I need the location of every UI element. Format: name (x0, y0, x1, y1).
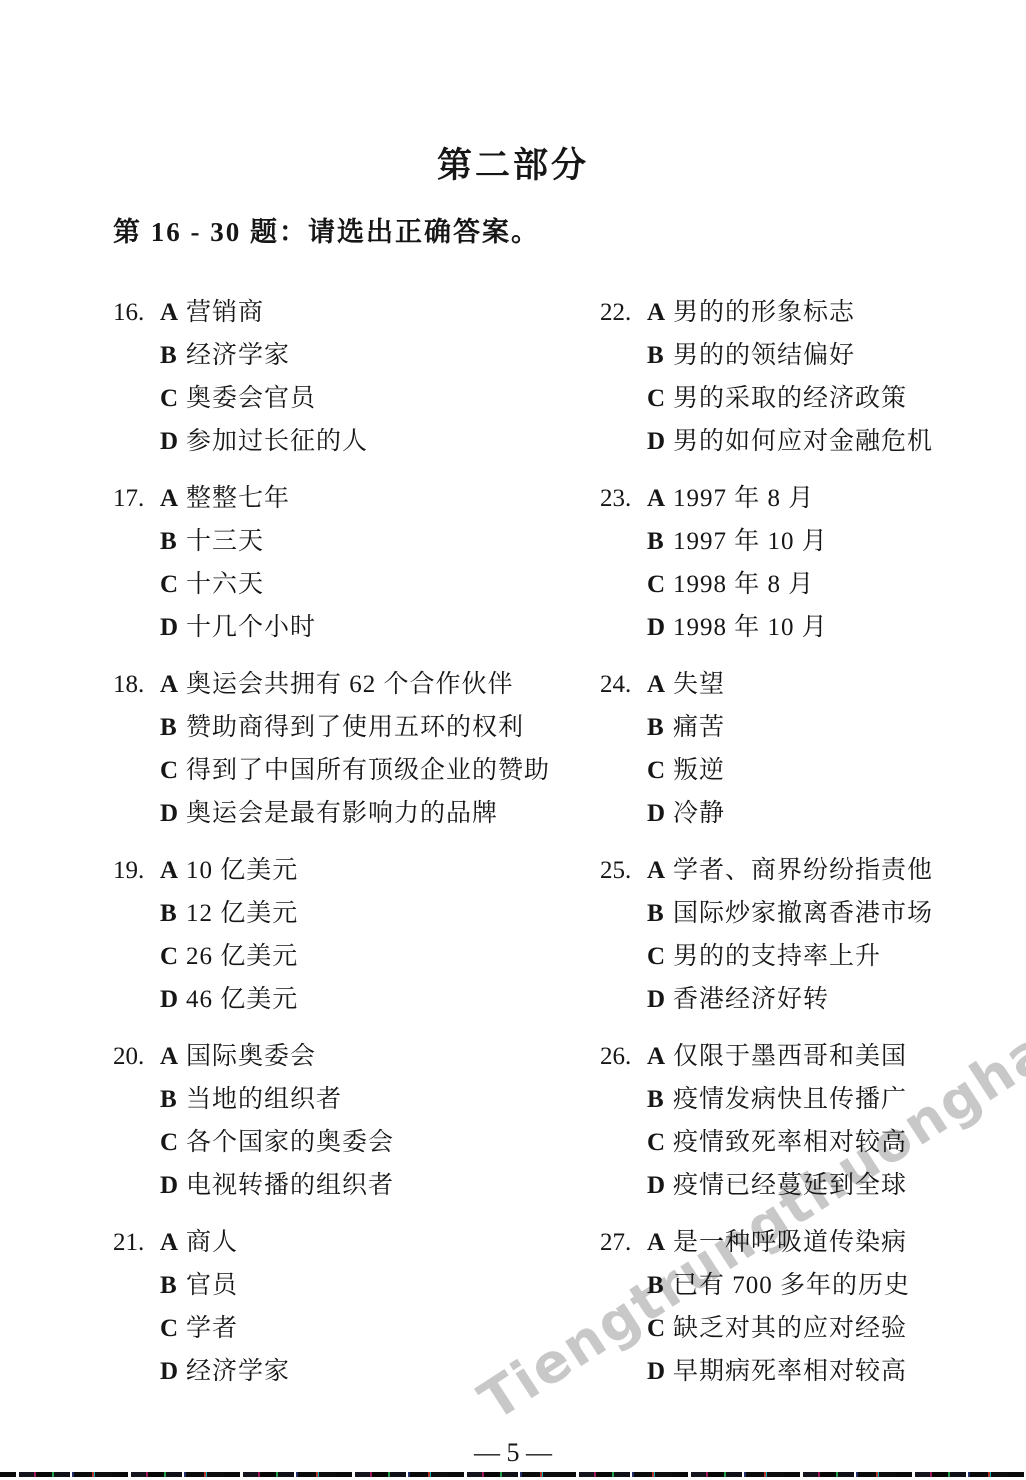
option-text: 男的的支持率上升 (673, 935, 881, 978)
option-label: A (647, 849, 673, 892)
option-label: C (647, 749, 673, 792)
option-text: 已有 700 多年的历史 (673, 1264, 910, 1307)
option-text: 商人 (186, 1221, 238, 1264)
option-text: 整整七年 (186, 477, 290, 520)
option-row: B疫情发病快且传播广 (647, 1078, 1026, 1121)
option-text: 奥运会共拥有 62 个合作伙伴 (186, 663, 514, 706)
option-text: 缺乏对其的应对经验 (673, 1307, 907, 1350)
question-number: 18. (113, 663, 160, 835)
option-label: D (160, 1164, 186, 1207)
option-row: B12 亿美元 (160, 892, 600, 935)
option-label: D (647, 978, 673, 1021)
option-row: A仅限于墨西哥和美国 (647, 1035, 1026, 1078)
option-row: B男的的领结偏好 (647, 334, 1026, 377)
option-label: A (647, 477, 673, 520)
option-text: 赞助商得到了使用五环的权利 (186, 706, 524, 749)
option-row: B已有 700 多年的历史 (647, 1264, 1026, 1307)
option-row: A整整七年 (160, 477, 600, 520)
option-label: D (647, 1164, 673, 1207)
option-label: C (160, 749, 186, 792)
option-label: D (647, 1350, 673, 1393)
option-text: 十三天 (186, 520, 264, 563)
option-text: 男的如何应对金融危机 (673, 420, 933, 463)
question-24: 24. A失望 B痛苦 C叛逆 D冷静 (600, 663, 1026, 835)
option-row: A失望 (647, 663, 1026, 706)
option-label: D (647, 420, 673, 463)
option-text: 26 亿美元 (186, 935, 298, 978)
option-label: B (647, 1264, 673, 1307)
option-label: B (647, 706, 673, 749)
option-row: A商人 (160, 1221, 600, 1264)
option-label: A (160, 1035, 186, 1078)
right-column: 22. A男的的形象标志 B男的的领结偏好 C男的采取的经济政策 D男的如何应对… (600, 291, 1026, 1407)
option-row: D疫情已经蔓延到全球 (647, 1164, 1026, 1207)
question-26: 26. A仅限于墨西哥和美国 B疫情发病快且传播广 C疫情致死率相对较高 D疫情… (600, 1035, 1026, 1207)
option-label: B (160, 1078, 186, 1121)
option-row: A奥运会共拥有 62 个合作伙伴 (160, 663, 600, 706)
option-row: D电视转播的组织者 (160, 1164, 600, 1207)
option-text: 男的的领结偏好 (673, 334, 855, 377)
option-label: B (160, 892, 186, 935)
option-row: D46 亿美元 (160, 978, 600, 1021)
option-row: C1998 年 8 月 (647, 563, 1026, 606)
question-22: 22. A男的的形象标志 B男的的领结偏好 C男的采取的经济政策 D男的如何应对… (600, 291, 1026, 463)
scanned-exam-page: Tiengtrungthuonghai.vn 第二部分 第 16 - 30 题：… (0, 0, 1026, 1480)
option-row: C各个国家的奥委会 (160, 1121, 600, 1164)
option-text: 奥运会是最有影响力的品牌 (186, 792, 498, 835)
option-label: C (160, 935, 186, 978)
option-label: A (647, 1221, 673, 1264)
option-label: C (647, 1121, 673, 1164)
option-label: A (647, 1035, 673, 1078)
options: A失望 B痛苦 C叛逆 D冷静 (647, 663, 1026, 835)
option-text: 疫情已经蔓延到全球 (673, 1164, 907, 1207)
option-text: 12 亿美元 (186, 892, 298, 935)
option-row: C疫情致死率相对较高 (647, 1121, 1026, 1164)
question-number: 22. (600, 291, 647, 463)
option-text: 早期病死率相对较高 (673, 1350, 907, 1393)
question-17: 17. A整整七年 B十三天 C十六天 D十几个小时 (113, 477, 600, 649)
option-label: C (160, 563, 186, 606)
option-text: 参加过长征的人 (186, 420, 368, 463)
option-row: B官员 (160, 1264, 600, 1307)
option-text: 1998 年 10 月 (673, 606, 828, 649)
option-label: C (160, 377, 186, 420)
option-label: B (160, 706, 186, 749)
question-columns: 16. A营销商 B经济学家 C奥委会官员 D参加过长征的人 17. A整整七年… (113, 291, 1026, 1407)
options: A男的的形象标志 B男的的领结偏好 C男的采取的经济政策 D男的如何应对金融危机 (647, 291, 1026, 463)
option-text: 学者、商界纷纷指责他 (673, 849, 933, 892)
option-row: B1997 年 10 月 (647, 520, 1026, 563)
option-label: A (160, 849, 186, 892)
question-number: 23. (600, 477, 647, 649)
option-row: C学者 (160, 1307, 600, 1350)
option-text: 46 亿美元 (186, 978, 298, 1021)
option-text: 十六天 (186, 563, 264, 606)
option-label: A (160, 1221, 186, 1264)
option-text: 男的的形象标志 (673, 291, 855, 334)
option-label: C (160, 1121, 186, 1164)
option-row: D冷静 (647, 792, 1026, 835)
option-label: D (160, 1350, 186, 1393)
option-text: 奥委会官员 (186, 377, 316, 420)
option-row: A国际奥委会 (160, 1035, 600, 1078)
option-text: 学者 (186, 1307, 238, 1350)
option-row: A学者、商界纷纷指责他 (647, 849, 1026, 892)
question-number: 21. (113, 1221, 160, 1393)
options: A奥运会共拥有 62 个合作伙伴 B赞助商得到了使用五环的权利 C得到了中国所有… (160, 663, 600, 835)
option-text: 痛苦 (673, 706, 725, 749)
option-row: D奥运会是最有影响力的品牌 (160, 792, 600, 835)
question-20: 20. A国际奥委会 B当地的组织者 C各个国家的奥委会 D电视转播的组织者 (113, 1035, 600, 1207)
option-text: 男的采取的经济政策 (673, 377, 907, 420)
options: A10 亿美元 B12 亿美元 C26 亿美元 D46 亿美元 (160, 849, 600, 1021)
option-row: C男的的支持率上升 (647, 935, 1026, 978)
option-text: 疫情发病快且传播广 (673, 1078, 907, 1121)
option-label: C (647, 935, 673, 978)
question-number: 25. (600, 849, 647, 1021)
option-row: A营销商 (160, 291, 600, 334)
option-row: B赞助商得到了使用五环的权利 (160, 706, 600, 749)
option-text: 仅限于墨西哥和美国 (673, 1035, 907, 1078)
option-row: A10 亿美元 (160, 849, 600, 892)
option-text: 经济学家 (186, 334, 290, 377)
option-row: B经济学家 (160, 334, 600, 377)
option-label: B (160, 1264, 186, 1307)
question-number: 26. (600, 1035, 647, 1207)
option-label: A (160, 477, 186, 520)
option-label: A (160, 291, 186, 334)
option-text: 得到了中国所有顶级企业的赞助 (186, 749, 550, 792)
options: A1997 年 8 月 B1997 年 10 月 C1998 年 8 月 D19… (647, 477, 1026, 649)
left-column: 16. A营销商 B经济学家 C奥委会官员 D参加过长征的人 17. A整整七年… (113, 291, 600, 1407)
option-label: B (647, 520, 673, 563)
option-text: 1998 年 8 月 (673, 563, 814, 606)
option-label: D (647, 606, 673, 649)
option-row: D1998 年 10 月 (647, 606, 1026, 649)
option-label: B (647, 1078, 673, 1121)
option-text: 失望 (673, 663, 725, 706)
option-text: 当地的组织者 (186, 1078, 342, 1121)
option-row: B国际炒家撤离香港市场 (647, 892, 1026, 935)
instructions: 第 16 - 30 题：请选出正确答案。 (113, 210, 540, 249)
option-text: 香港经济好转 (673, 978, 829, 1021)
option-row: C男的采取的经济政策 (647, 377, 1026, 420)
option-label: A (160, 663, 186, 706)
question-18: 18. A奥运会共拥有 62 个合作伙伴 B赞助商得到了使用五环的权利 C得到了… (113, 663, 600, 835)
option-text: 十几个小时 (186, 606, 316, 649)
option-row: C叛逆 (647, 749, 1026, 792)
option-text: 10 亿美元 (186, 849, 298, 892)
option-label: C (647, 377, 673, 420)
option-label: A (647, 291, 673, 334)
option-label: A (647, 663, 673, 706)
question-number: 27. (600, 1221, 647, 1393)
question-16: 16. A营销商 B经济学家 C奥委会官员 D参加过长征的人 (113, 291, 600, 463)
options: A整整七年 B十三天 C十六天 D十几个小时 (160, 477, 600, 649)
option-text: 疫情致死率相对较高 (673, 1121, 907, 1164)
question-27: 27. A是一种呼吸道传染病 B已有 700 多年的历史 C缺乏对其的应对经验 … (600, 1221, 1026, 1393)
option-text: 官员 (186, 1264, 238, 1307)
option-row: D经济学家 (160, 1350, 600, 1393)
question-number: 20. (113, 1035, 160, 1207)
option-text: 国际奥委会 (186, 1035, 316, 1078)
option-label: D (160, 420, 186, 463)
question-number: 19. (113, 849, 160, 1021)
question-23: 23. A1997 年 8 月 B1997 年 10 月 C1998 年 8 月… (600, 477, 1026, 649)
option-row: B痛苦 (647, 706, 1026, 749)
option-row: C26 亿美元 (160, 935, 600, 978)
option-text: 是一种呼吸道传染病 (673, 1221, 907, 1264)
option-label: D (160, 978, 186, 1021)
option-label: D (160, 606, 186, 649)
option-row: B当地的组织者 (160, 1078, 600, 1121)
option-row: A1997 年 8 月 (647, 477, 1026, 520)
option-row: B十三天 (160, 520, 600, 563)
option-text: 国际炒家撤离香港市场 (673, 892, 933, 935)
question-21: 21. A商人 B官员 C学者 D经济学家 (113, 1221, 600, 1393)
option-row: C十六天 (160, 563, 600, 606)
options: A学者、商界纷纷指责他 B国际炒家撤离香港市场 C男的的支持率上升 D香港经济好… (647, 849, 1026, 1021)
option-text: 电视转播的组织者 (186, 1164, 394, 1207)
option-text: 经济学家 (186, 1350, 290, 1393)
option-text: 各个国家的奥委会 (186, 1121, 394, 1164)
scan-artifact-strip (0, 1472, 1026, 1477)
option-label: B (160, 520, 186, 563)
option-text: 叛逆 (673, 749, 725, 792)
option-row: D参加过长征的人 (160, 420, 600, 463)
option-label: B (160, 334, 186, 377)
options: A是一种呼吸道传染病 B已有 700 多年的历史 C缺乏对其的应对经验 D早期病… (647, 1221, 1026, 1393)
option-label: B (647, 334, 673, 377)
option-label: C (160, 1307, 186, 1350)
option-row: D早期病死率相对较高 (647, 1350, 1026, 1393)
question-number: 24. (600, 663, 647, 835)
question-number: 16. (113, 291, 160, 463)
option-row: A是一种呼吸道传染病 (647, 1221, 1026, 1264)
options: A国际奥委会 B当地的组织者 C各个国家的奥委会 D电视转播的组织者 (160, 1035, 600, 1207)
page-number: — 5 — (0, 1438, 1026, 1468)
option-label: D (647, 792, 673, 835)
option-label: B (647, 892, 673, 935)
option-row: D香港经济好转 (647, 978, 1026, 1021)
option-label: D (160, 792, 186, 835)
option-row: D男的如何应对金融危机 (647, 420, 1026, 463)
option-label: C (647, 1307, 673, 1350)
section-title: 第二部分 (0, 138, 1026, 188)
question-25: 25. A学者、商界纷纷指责他 B国际炒家撤离香港市场 C男的的支持率上升 D香… (600, 849, 1026, 1021)
options: A商人 B官员 C学者 D经济学家 (160, 1221, 600, 1393)
option-text: 冷静 (673, 792, 725, 835)
option-row: C得到了中国所有顶级企业的赞助 (160, 749, 600, 792)
option-text: 1997 年 8 月 (673, 477, 814, 520)
option-row: C缺乏对其的应对经验 (647, 1307, 1026, 1350)
options: A仅限于墨西哥和美国 B疫情发病快且传播广 C疫情致死率相对较高 D疫情已经蔓延… (647, 1035, 1026, 1207)
option-row: D十几个小时 (160, 606, 600, 649)
question-number: 17. (113, 477, 160, 649)
options: A营销商 B经济学家 C奥委会官员 D参加过长征的人 (160, 291, 600, 463)
question-19: 19. A10 亿美元 B12 亿美元 C26 亿美元 D46 亿美元 (113, 849, 600, 1021)
option-text: 1997 年 10 月 (673, 520, 828, 563)
option-label: C (647, 563, 673, 606)
option-text: 营销商 (186, 291, 264, 334)
option-row: A男的的形象标志 (647, 291, 1026, 334)
option-row: C奥委会官员 (160, 377, 600, 420)
